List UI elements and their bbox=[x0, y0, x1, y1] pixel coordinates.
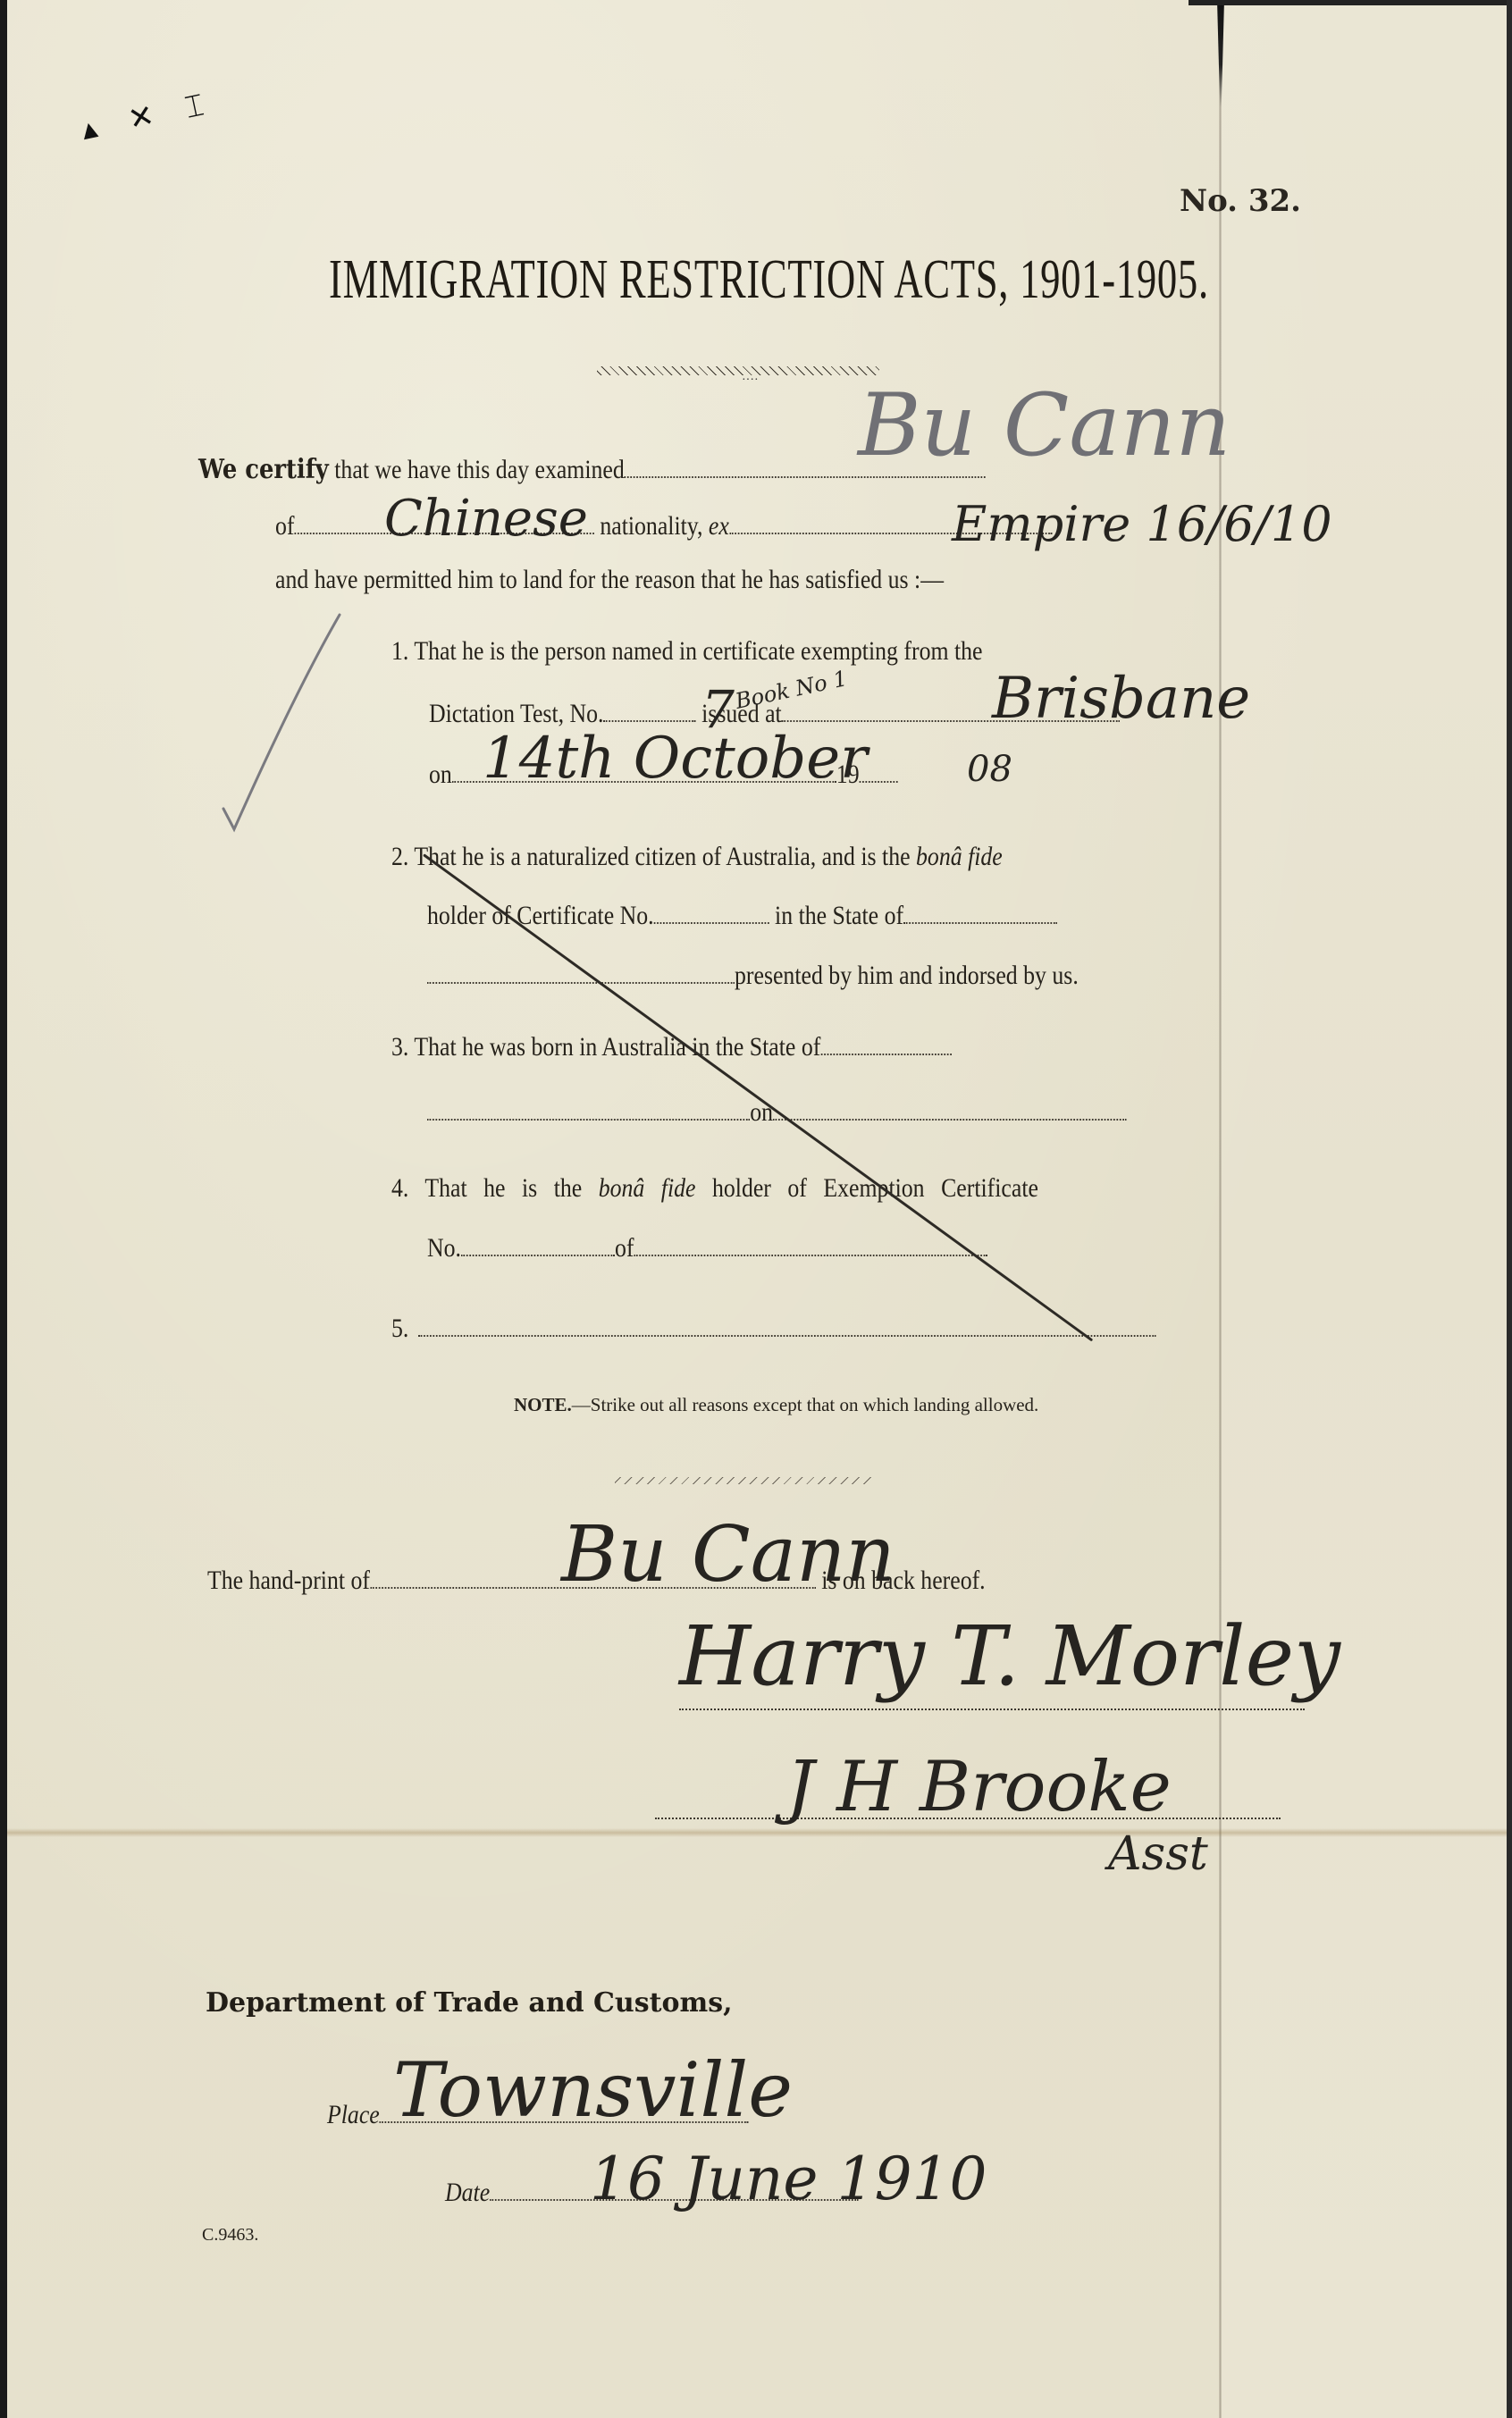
note-ornament bbox=[615, 1477, 874, 1484]
note: NOTE.—Strike out all reasons except that… bbox=[514, 1394, 1038, 1416]
reason-4-line-2: No.of bbox=[427, 1233, 987, 1264]
reason-2-number: 2. bbox=[391, 842, 408, 871]
exemption-no-field bbox=[461, 1233, 615, 1256]
reason-2-line-3: presented by him and indorsed by us. bbox=[427, 961, 1079, 991]
note-label: NOTE. bbox=[514, 1394, 572, 1415]
examined-name-handwritten: Bu Cann bbox=[858, 375, 1231, 475]
signature-title: Asst bbox=[1108, 1827, 1208, 1881]
document-title: IMMIGRATION RESTRICTION ACTS, 1901-1905. bbox=[329, 248, 1209, 312]
ex-label: ex bbox=[709, 511, 729, 541]
on-date-handwritten: 14th October bbox=[483, 726, 868, 792]
fold-shade bbox=[1222, 0, 1512, 2418]
printer-code: C.9463. bbox=[202, 2225, 258, 2246]
reason-2-presented-text: presented by him and indorsed by us. bbox=[735, 961, 1079, 990]
reason-4-text-pre: That he is the bbox=[424, 1173, 582, 1203]
dictation-no-field bbox=[604, 699, 696, 722]
issued-at-handwritten: Brisbane bbox=[992, 666, 1250, 732]
reason-2-blank-field bbox=[427, 961, 735, 984]
certificate-no-label: holder of Certificate No. bbox=[427, 901, 654, 930]
on-label: on bbox=[429, 760, 452, 789]
dictation-label: Dictation Test, No. bbox=[429, 699, 604, 728]
scan-edge-top bbox=[1189, 0, 1512, 5]
reason-1-number: 1. bbox=[391, 636, 408, 666]
bona-fide-text: bonâ fide bbox=[916, 842, 1003, 871]
signature-morley: Harry T. Morley bbox=[679, 1608, 1340, 1704]
vertical-fold bbox=[1219, 0, 1222, 2418]
department-name: Department of Trade and Customs, bbox=[206, 1987, 733, 2019]
exemption-of-label: of bbox=[615, 1233, 634, 1263]
place-label: Place bbox=[327, 2100, 380, 2129]
nationality-label: nationality, bbox=[600, 511, 702, 541]
reason-1-line-1: 1. That he is the person named in certif… bbox=[391, 636, 983, 667]
certify-text: that we have this day examined bbox=[334, 455, 625, 484]
reason-3-text: That he was born in Australia in the Sta… bbox=[414, 1032, 820, 1062]
date-handwritten: 16 June 1910 bbox=[590, 2145, 987, 2213]
reason-2-text: That he is a naturalized citizen of Aust… bbox=[414, 842, 910, 871]
certify-lead: We certify bbox=[198, 454, 329, 485]
reason-5-field bbox=[418, 1314, 1156, 1337]
permitted-line: and have permitted him to land for the r… bbox=[275, 565, 944, 595]
exemption-of-field bbox=[634, 1233, 987, 1256]
reason-1-text: That he is the person named in certifica… bbox=[414, 636, 982, 666]
note-text: —Strike out all reasons except that on w… bbox=[572, 1394, 1039, 1415]
bona-fide-text-2: bonâ fide bbox=[599, 1173, 696, 1203]
nationality-handwritten: Chinese bbox=[384, 490, 588, 548]
handprint-prefix: The hand-print of bbox=[207, 1566, 370, 1595]
date-label: Date bbox=[445, 2178, 490, 2207]
birth-blank-field bbox=[427, 1097, 750, 1121]
title-ornament bbox=[597, 366, 879, 375]
reason-5-number: 5. bbox=[391, 1314, 408, 1343]
year-handwritten: 08 bbox=[967, 749, 1012, 790]
ship-handwritten: Empire 16/6/10 bbox=[952, 496, 1332, 552]
exemption-no-label: No. bbox=[427, 1233, 461, 1263]
handprint-name-handwritten: Bu Cann bbox=[561, 1510, 895, 1599]
checkmark-icon bbox=[214, 608, 349, 840]
reason-2-line-1: 2. That he is a naturalized citizen of A… bbox=[391, 842, 1003, 872]
reason-5-line: 5. bbox=[391, 1314, 1155, 1344]
place-handwritten: Townsville bbox=[393, 2046, 793, 2134]
state-field bbox=[903, 901, 1057, 924]
birth-date-field bbox=[773, 1097, 1127, 1121]
horizontal-fold bbox=[0, 1828, 1512, 1837]
state-label: in the State of bbox=[775, 901, 903, 930]
scan-edge-left bbox=[0, 0, 7, 2418]
title-ornament-dots: ···· bbox=[742, 374, 759, 388]
birth-state-field bbox=[820, 1032, 951, 1055]
reason-4-text-post: holder of Exemption Certificate bbox=[712, 1173, 1038, 1203]
reason-3-number: 3. bbox=[391, 1032, 408, 1062]
scan-edge-right bbox=[1507, 0, 1512, 2418]
of-label: of bbox=[275, 511, 295, 541]
certificate-no-field bbox=[654, 901, 769, 924]
signature-brooke: J H Brooke bbox=[786, 1747, 1172, 1827]
form-number: No. 32. bbox=[1180, 183, 1301, 219]
reason-4-number: 4. bbox=[391, 1173, 408, 1203]
reason-4-line-1: 4. That he is the bonâ fide holder of Ex… bbox=[391, 1173, 1038, 1204]
signature-line-1 bbox=[679, 1709, 1305, 1710]
